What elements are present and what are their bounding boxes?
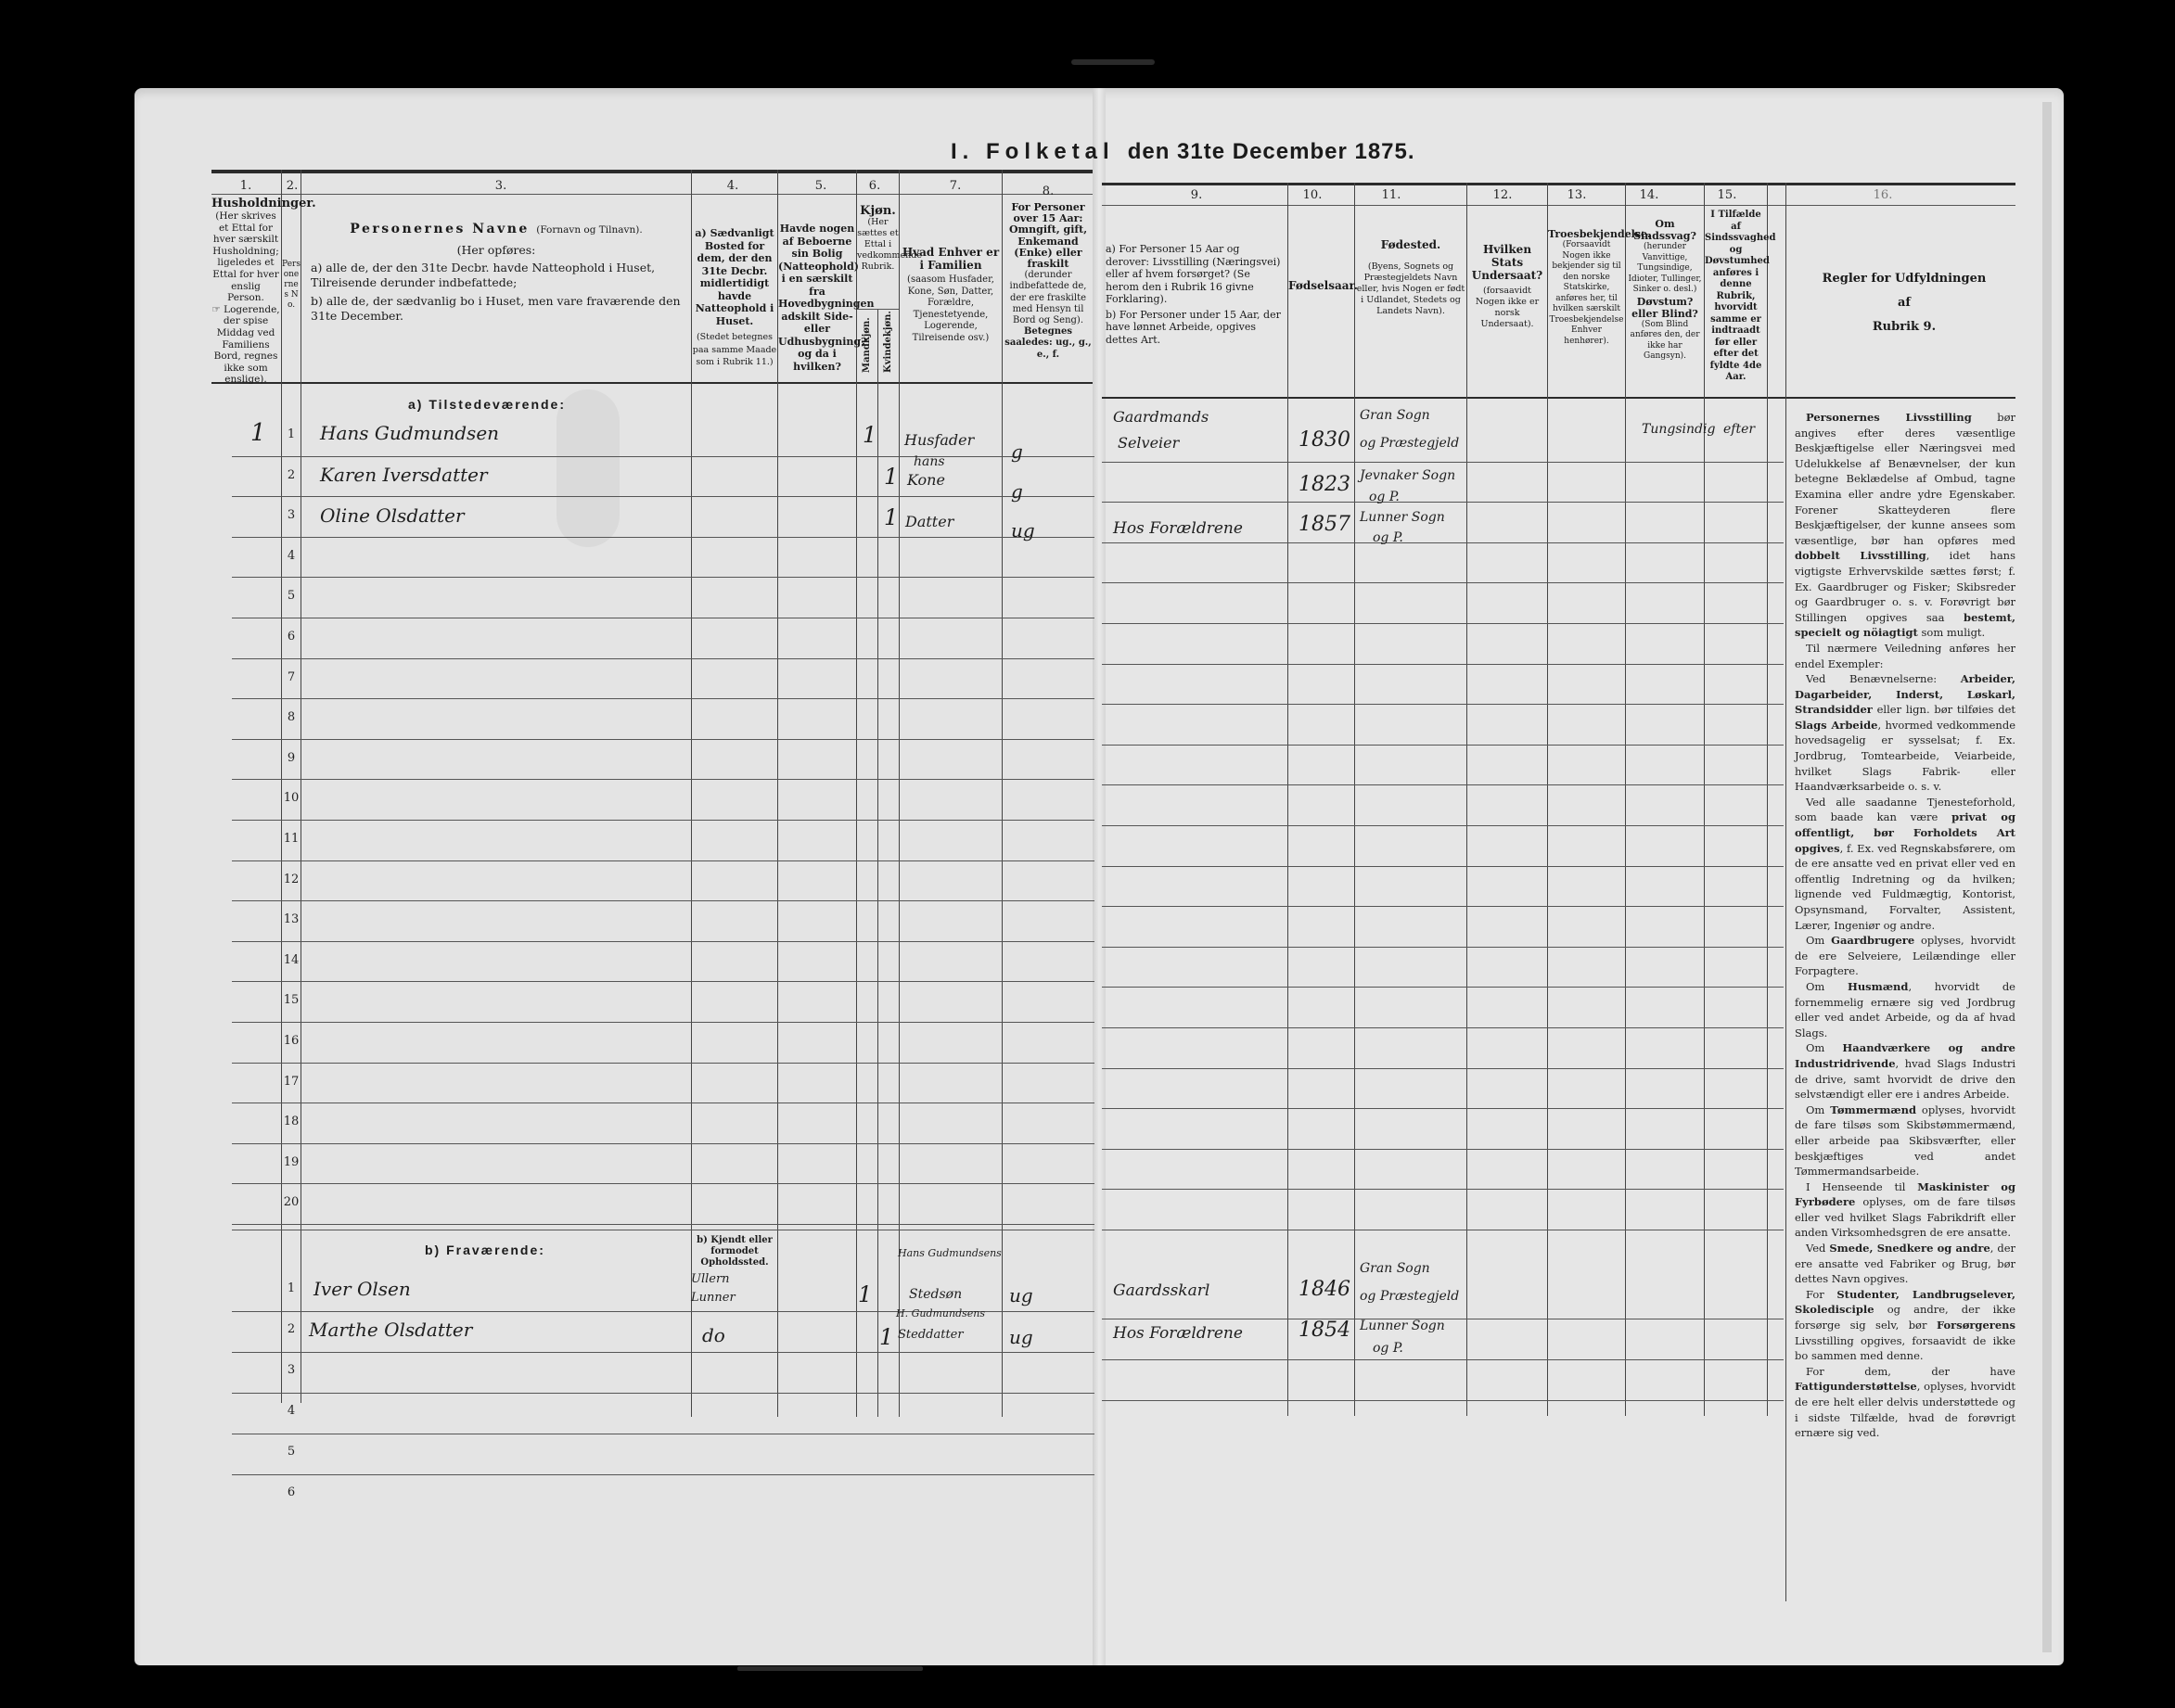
present-name-2: Karen Iversdatter [320, 464, 488, 486]
present-male-1: 1 [863, 422, 876, 448]
header-col-6-male: Mandkjøn. [862, 317, 872, 373]
present-row-rule-right [1102, 745, 1784, 746]
header-col-14: Om Sindssvag? (herunder Vanvittige, Tung… [1626, 218, 1704, 363]
present-row-number: 16 [278, 1034, 304, 1048]
rule-paragraph: Ved Benævnelserne: Arbeider, Dagarbeider… [1795, 671, 2015, 795]
present-row-number: 7 [278, 670, 304, 684]
rule-paragraph: Personernes Livsstilling bør angives eft… [1795, 410, 2015, 641]
colnum-2: 2. [283, 179, 301, 193]
header-col-3-b: b) alle de, der sædvanlig bo i Huset, me… [311, 294, 682, 324]
present-row-rule-right [1102, 462, 1784, 463]
present-row-number: 13 [278, 912, 304, 926]
header-col-3-title-sub: (Fornavn og Tilnavn). [536, 224, 642, 236]
present-row-rule [232, 941, 1094, 942]
present-role-2: Kone [907, 471, 945, 489]
absent-occupation-1: Gaardsskarl [1113, 1281, 1209, 1300]
absent-civil-2: ug [1009, 1326, 1033, 1348]
present-row-rule [232, 820, 1094, 821]
title-part-2: den 31te December 1875. [1128, 139, 1415, 164]
present-row-number: 6 [278, 630, 304, 644]
present-row-rule-right [1102, 704, 1784, 705]
col-divider-9 [1287, 183, 1288, 1416]
absent-row-number: 6 [278, 1485, 304, 1499]
present-civil-3: ug [1011, 519, 1035, 542]
header-col-3-title: Personernes Navne (Fornavn og Tilnavn). [311, 223, 682, 236]
absent-opholdssted-1b: Lunner [691, 1291, 736, 1305]
colnum-12: 12. [1484, 188, 1521, 202]
header-top-rule-left [211, 170, 1093, 173]
present-row-number: 12 [278, 873, 304, 886]
present-birthplace-3: Lunner Sogn [1360, 510, 1445, 525]
rule-paragraph: For dem, der have Fattigunderstøttelse, … [1795, 1364, 2015, 1441]
header-col-8-code: Betegnes saaledes: ug., g., e., f. [1004, 326, 1093, 361]
header-col-13-note: (Forsaavidt Nogen ikke bekjender sig til… [1548, 240, 1625, 347]
watermark-crest [557, 389, 620, 547]
present-row-rule [232, 618, 1094, 618]
absent-female-2: 1 [879, 1324, 893, 1350]
colnum-13: 13. [1558, 188, 1595, 202]
header-col-3: Personernes Navne (Fornavn og Tilnavn). … [311, 223, 682, 324]
header-col-3-a: a) alle de, der den 31te Decbr. havde Na… [311, 261, 682, 290]
header-col-16-af: af [1788, 291, 2020, 315]
present-row-number: 14 [278, 953, 304, 967]
present-row-rule [232, 577, 1094, 578]
header-col-1: Husholdninger. (Her skrives et Ettal for… [211, 197, 280, 386]
colnum-7: 7. [937, 179, 974, 193]
absent-birthplace-1: Gran Sogn [1360, 1261, 1430, 1276]
colnum-14: 14. [1631, 188, 1668, 202]
header-col-4-title: a) Sædvanligt Bosted for dem, der den 31… [692, 227, 777, 327]
header-col-8-note: (derunder indbefattede de, der ere frask… [1004, 270, 1093, 326]
header-col-16-title: Regler for Udfyldningen [1788, 267, 2020, 291]
present-row-rule-right [1102, 664, 1784, 665]
header-col-9: a) For Personer 15 Aar og derover: Livss… [1106, 243, 1282, 346]
absent-role-1b: Stedsøn [909, 1287, 962, 1302]
colnum-16: 16. [1864, 188, 1901, 202]
present-row-rule [232, 698, 1094, 699]
colnum-6: 6. [861, 179, 889, 193]
col-divider-16 [1785, 183, 1786, 1601]
header-col-1-note2: ☞ Logerende, der spise Middag ved Famili… [211, 304, 280, 386]
absent-birthyear-2: 1854 [1299, 1319, 1350, 1342]
header-col-7: Hvad Enhver er i Familien (saasom Husfad… [900, 246, 1002, 344]
header-col-14-note: (herunder Vanvittige, Tungsindige, Idiot… [1626, 242, 1704, 296]
header-col-13: Troesbekjendelse. (Forsaavidt Nogen ikke… [1548, 228, 1625, 347]
absent-birthplace-2b: og P. [1373, 1341, 1403, 1356]
col-divider-6a [877, 309, 878, 1417]
present-row-rule [232, 1022, 1094, 1023]
present-row-rule-right [1102, 1068, 1784, 1069]
present-row-number: 2 [278, 468, 304, 482]
present-birthplace-2: Jevnaker Sogn [1360, 468, 1455, 483]
colnum-3: 3. [482, 179, 519, 193]
absent-opholdssted-2: do [702, 1324, 725, 1346]
present-row-rule [232, 537, 1094, 538]
header-col-3-intro: (Her opføres: [311, 244, 682, 257]
header-col-5: Havde nogen af Beboerne sin Bolig (Natte… [778, 223, 856, 373]
colnum-1: 1. [223, 179, 269, 193]
present-role-1: Husfader [904, 431, 974, 449]
rule-paragraph: For Studenter, Landbrugselever, Skoledis… [1795, 1287, 2015, 1364]
present-row-rule [232, 658, 1094, 659]
present-civil-2: g [1011, 480, 1023, 503]
present-role-3: Datter [905, 513, 953, 530]
present-row-rule [232, 1143, 1094, 1144]
present-birthplace-1b: og Præstegjeld [1360, 436, 1459, 451]
header-col-12-note: (forsaavidt Nogen ikke er norsk Undersaa… [1467, 286, 1547, 330]
header-col-11: Fødested. (Byens, Sognets og Præstegjeld… [1356, 239, 1465, 317]
present-birthplace-1: Gran Sogn [1360, 408, 1430, 423]
header-col-3-title-main: Personernes Navne [350, 222, 530, 236]
present-occupation-3: Hos Forældrene [1113, 519, 1243, 538]
absent-row-rule [232, 1393, 1094, 1394]
absent-role-2b: Steddatter [898, 1328, 964, 1342]
present-birthplace-3b: og P. [1373, 530, 1403, 545]
present-row-number: 11 [278, 832, 304, 846]
present-row-rule-right [1102, 1189, 1784, 1190]
rule-paragraph: Om Husmænd, hvorvidt de fornemmelig ernæ… [1795, 979, 2015, 1040]
col-divider-15 [1767, 183, 1768, 1416]
header-col-12-title: Hvilken Stats Undersaat? [1467, 243, 1547, 282]
absent-birthplace-2: Lunner Sogn [1360, 1319, 1445, 1333]
present-name-3: Oline Olsdatter [320, 504, 465, 527]
present-birthyear-3: 1857 [1299, 513, 1350, 536]
present-row-number: 20 [278, 1195, 304, 1209]
header-col-14-note2: (Som Blind anføres den, der ikke har Gan… [1626, 320, 1704, 363]
col-divider-10 [1354, 183, 1355, 1416]
colnum-8: 8. [1030, 185, 1067, 198]
header-col-9-a: a) For Personer 15 Aar og derover: Livss… [1106, 243, 1282, 306]
header-col-2: Personernes No. [282, 260, 301, 311]
header-col-8-title: For Personer over 15 Aar: Omngift, gift,… [1004, 202, 1093, 270]
header-col-4-note: (Stedet betegnes paa samme Maade som i R… [692, 331, 777, 369]
colnum-4: 4. [714, 179, 751, 193]
colnum-rule-right [1102, 205, 2015, 206]
header-col-6-female: Kvindekjøn. [883, 311, 893, 373]
absent-role-1a: Hans Gudmundsens [898, 1247, 1002, 1259]
present-row-rule-right [1102, 906, 1784, 907]
present-row-rule-right [1102, 947, 1784, 948]
colnum-11: 11. [1373, 188, 1410, 202]
section-present-label: a) Tilstedeværende: [408, 397, 566, 412]
rule-paragraph: Til nærmere Veiledning anføres her endel… [1795, 641, 2015, 671]
header-col-1-note: (Her skrives et Ettal for hver særskilt … [211, 210, 280, 304]
absent-opholdssted-1: Ullern [691, 1272, 730, 1286]
colnum-rule-left [211, 194, 1093, 195]
header-col-12: Hvilken Stats Undersaat? (forsaavidt Nog… [1467, 243, 1547, 330]
present-occupation-1: Gaardmands [1113, 408, 1209, 426]
header-col-6-note: (Her sættes et Ettal i vedkommende Rubri… [857, 217, 899, 273]
present-birthyear-2: 1823 [1299, 473, 1350, 496]
present-row-rule-right [1102, 1108, 1784, 1109]
present-female-3: 1 [884, 504, 898, 530]
header-col-6-title: Kjøn. [857, 206, 899, 217]
absent-row-rule [232, 1434, 1094, 1434]
header-col-14-title2: Døvstum? eller Blind? [1626, 296, 1704, 320]
header-col-8: For Personer over 15 Aar: Omngift, gift,… [1004, 202, 1093, 361]
header-col-1-title: Husholdninger. [211, 197, 280, 210]
col-divider-13 [1625, 183, 1626, 1416]
present-row-number: 9 [278, 751, 304, 765]
header-col-11-note: (Byens, Sognets og Præstegjeldets Navn e… [1356, 261, 1465, 317]
present-row-rule-right [1102, 1149, 1784, 1150]
present-row-rule [232, 1183, 1094, 1184]
rubrik-9-rules: Personernes Livsstilling bør angives eft… [1795, 410, 2015, 1441]
colnum-10: 10. [1294, 188, 1331, 202]
present-row-number: 3 [278, 508, 304, 522]
absent-male-1: 1 [858, 1281, 872, 1307]
present-row-rule-right [1102, 542, 1784, 543]
rule-paragraph: Om Haandværkere og andre Industridrivend… [1795, 1040, 2015, 1102]
present-row-rule-right [1102, 987, 1784, 988]
rule-paragraph: I Henseende til Maskinister og Fyrbødere… [1795, 1179, 2015, 1241]
present-row-rule [232, 981, 1094, 982]
present-row-rule-right [1102, 1027, 1784, 1028]
header-col-15: I Tilfælde af Sindssvaghed og Døvstumhed… [1705, 210, 1767, 384]
present-row-rule-right [1102, 1230, 1784, 1230]
header-col-16: Regler for Udfyldningen af Rubrik 9. [1788, 267, 2020, 339]
absent-row-number: 1 [278, 1281, 304, 1295]
colnum-5: 5. [802, 179, 839, 193]
absent-row-rule-right [1102, 1400, 1784, 1401]
header-col-4b: b) Kjendt eller formodet Opholdssted. [692, 1235, 777, 1268]
present-row-rule [232, 1103, 1094, 1103]
absent-row-number: 4 [278, 1404, 304, 1418]
absent-row-rule-right [1102, 1359, 1784, 1360]
present-female-2: 1 [884, 464, 898, 490]
header-col-6: Kjøn. (Her sættes et Ettal i vedkommende… [857, 206, 899, 273]
header-top-rule-right [1102, 183, 2015, 185]
col-divider-12 [1547, 183, 1548, 1416]
col-divider-1 [281, 170, 282, 1403]
header-col-14-title: Om Sindssvag? [1626, 218, 1704, 242]
header-col-7-note: (saasom Husfader, Kone, Søn, Datter, For… [900, 274, 1002, 344]
present-row-number: 19 [278, 1155, 304, 1169]
header-col-7-title: Hvad Enhver er i Familien [900, 246, 1002, 272]
present-row-rule [232, 779, 1094, 780]
rule-paragraph: Om Gaardbrugere oplyses, hvorvidt de ere… [1795, 933, 2015, 979]
present-row-rule-right [1102, 784, 1784, 785]
present-civil-1: g [1011, 440, 1023, 463]
present-row-number: 15 [278, 993, 304, 1007]
present-row-number: 8 [278, 710, 304, 724]
section-absent-label: b) Fraværende: [425, 1243, 545, 1257]
absent-birthyear-1: 1846 [1299, 1278, 1350, 1301]
present-row-rule [232, 456, 1094, 457]
absent-occupation-2: Hos Forældrene [1113, 1324, 1243, 1343]
rule-paragraph: Ved Smede, Snedkere og andre, der ere an… [1795, 1241, 2015, 1287]
absent-name-1: Iver Olsen [313, 1278, 411, 1300]
present-row-rule [232, 1224, 1094, 1225]
document-title: I. Folketalden 31te December 1875. [951, 139, 1415, 165]
top-binding-mark [1071, 59, 1155, 65]
header-col-11-title: Fødested. [1356, 239, 1465, 250]
col-divider-2 [301, 170, 301, 1403]
present-row-number: 5 [278, 589, 304, 603]
present-row-rule [232, 1063, 1094, 1064]
absent-name-2: Marthe Olsdatter [309, 1319, 472, 1341]
absent-row-rule [232, 1474, 1094, 1475]
book-gutter [1093, 88, 1106, 1665]
present-row-rule-right [1102, 502, 1784, 503]
present-row-rule [232, 496, 1094, 497]
absent-section-rule [232, 1230, 1094, 1230]
col-divider-11 [1466, 183, 1467, 1416]
present-row-number: 10 [278, 791, 304, 805]
present-birthyear-1: 1830 [1299, 428, 1350, 452]
present-row-rule [232, 900, 1094, 901]
present-name-1: Hans Gudmundsen [320, 422, 499, 444]
header-col-13-title: Troesbekjendelse. [1548, 228, 1625, 240]
present-row-rule [232, 860, 1094, 861]
absent-row-number: 3 [278, 1363, 304, 1377]
present-row-rule-right [1102, 582, 1784, 583]
present-row-rule-right [1102, 623, 1784, 624]
page-edge [2042, 102, 2052, 1652]
present-sindssvag-1: Tungsindig [1642, 422, 1715, 437]
header-col-6-split [857, 309, 899, 310]
absent-row-rule [232, 1352, 1094, 1353]
present-row-rule-right [1102, 825, 1784, 826]
household-mark-1: 1 [250, 419, 266, 447]
present-row-rule [232, 739, 1094, 740]
present-row-number: 1 [278, 427, 304, 441]
present-onset-1: efter [1723, 422, 1755, 437]
present-row-number: 17 [278, 1075, 304, 1089]
header-col-16-rubrik: Rubrik 9. [1788, 315, 2020, 339]
present-row-rule-right [1102, 866, 1784, 867]
rule-paragraph: Ved alle saadanne Tjenesteforhold, som b… [1795, 795, 2015, 933]
header-bottom-rule-right [1102, 397, 2015, 399]
absent-role-2a: H. Gudmundsens [896, 1307, 985, 1319]
rule-paragraph: Om Tømmermænd oplyses, hvorvidt de fare … [1795, 1103, 2015, 1179]
title-part-1: I. Folketal [951, 139, 1115, 164]
present-birthplace-2b: og P. [1369, 490, 1400, 504]
colnum-9: 9. [1178, 188, 1215, 202]
absent-row-number: 2 [278, 1322, 304, 1336]
present-row-number: 4 [278, 549, 304, 563]
header-col-9-b: b) For Personer under 15 Aar, der have l… [1106, 309, 1282, 347]
colnum-15: 15. [1708, 188, 1746, 202]
present-row-number: 18 [278, 1115, 304, 1128]
header-col-4: a) Sædvanligt Bosted for dem, der den 31… [692, 227, 777, 369]
present-role-2-prefix: hans [914, 454, 945, 469]
header-bottom-rule-left [211, 382, 1093, 384]
header-col-10: Fødselsaar. [1288, 274, 1354, 298]
absent-birthplace-1b: og Præstegjeld [1360, 1289, 1459, 1304]
present-occupation-1b: Selveier [1118, 434, 1179, 452]
absent-row-number: 5 [278, 1445, 304, 1459]
bottom-binding-mark [737, 1666, 923, 1671]
absent-civil-1: ug [1009, 1284, 1033, 1306]
